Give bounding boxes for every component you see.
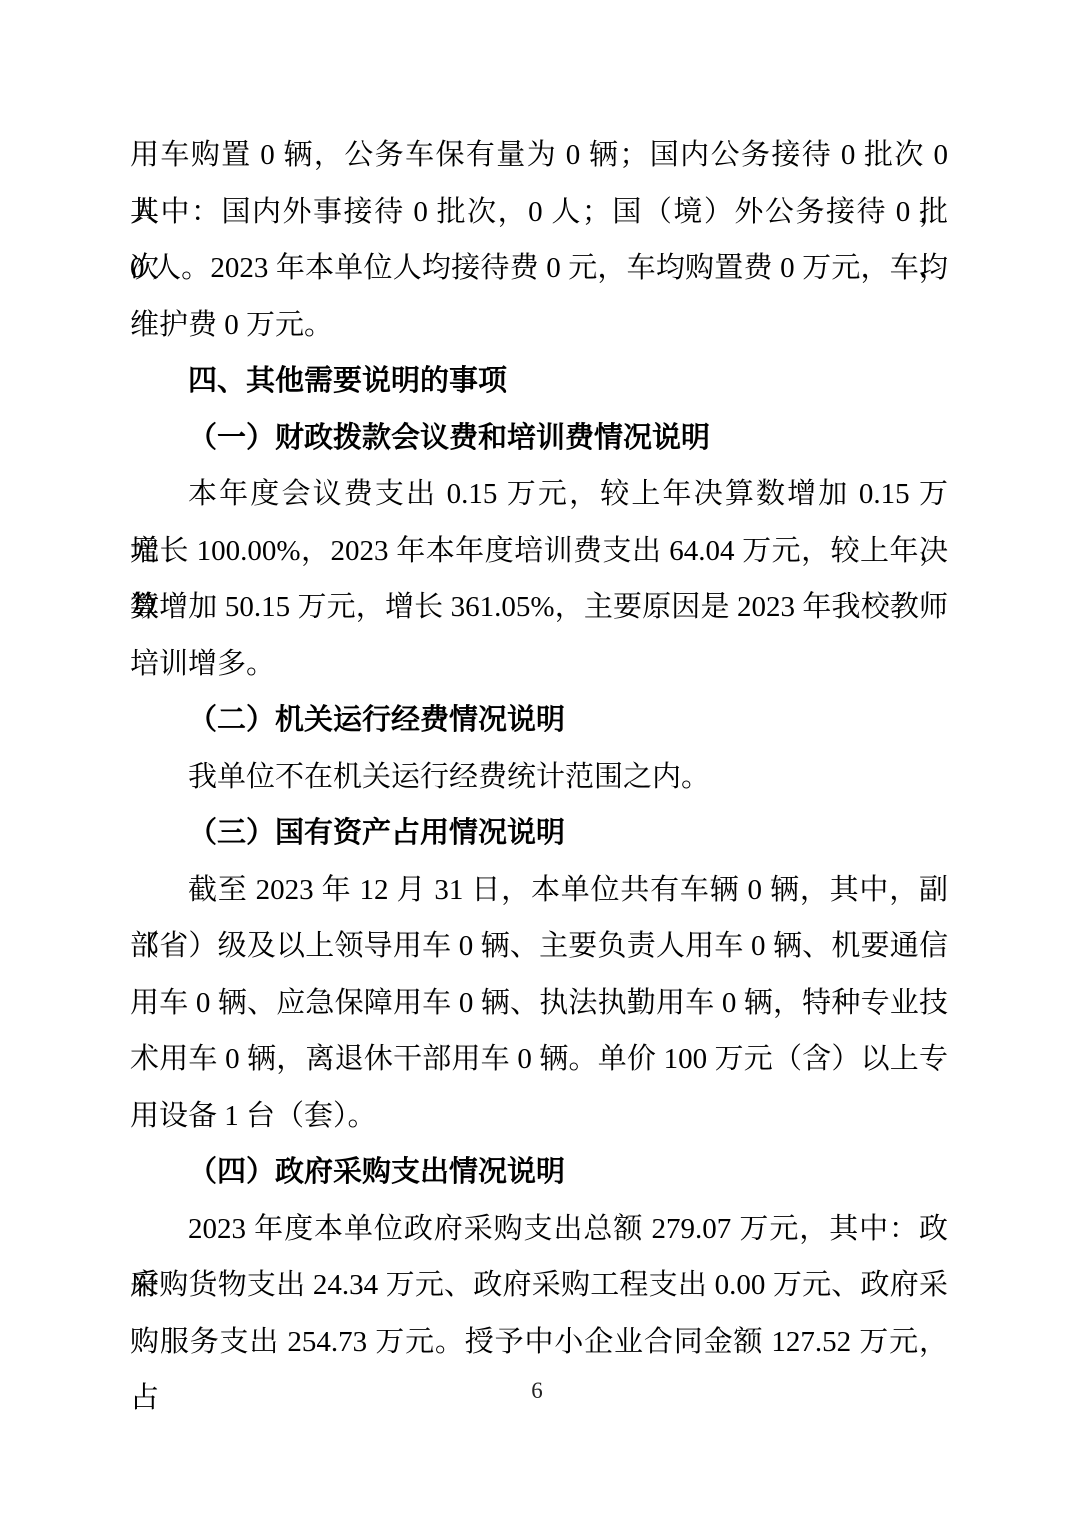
page-content: 用车购置 0 辆，公务车保有量为 0 辆；国内公务接待 0 批次 0 人， 其中…	[130, 127, 948, 1370]
page-number: 6	[531, 1378, 543, 1403]
paragraph-line: 我单位不在机关运行经费统计范围之内。	[130, 749, 948, 806]
paragraph-line: 增长 100.00%，2023 年本年度培训费支出 64.04 万元，较上年决算	[130, 523, 948, 580]
paragraph-line: 其中：国内外事接待 0 批次，0 人；国（境）外公务接待 0 批次，	[130, 184, 948, 241]
section-heading: 四、其他需要说明的事项	[130, 353, 948, 410]
paragraph-line: 数增加 50.15 万元，增长 361.05%，主要原因是 2023 年我校教师	[130, 579, 948, 636]
paragraph-line: 用车购置 0 辆，公务车保有量为 0 辆；国内公务接待 0 批次 0 人，	[130, 127, 948, 184]
paragraph-line: （省）级及以上领导用车 0 辆、主要负责人用车 0 辆、机要通信	[130, 918, 948, 975]
paragraph-line: 0 人。2023 年本单位人均接待费 0 元，车均购置费 0 万元，车均	[130, 240, 948, 297]
paragraph-line: 术用车 0 辆，离退休干部用车 0 辆。单价 100 万元（含）以上专	[130, 1031, 948, 1088]
subsection-heading: （三）国有资产占用情况说明	[130, 805, 948, 862]
subsection-heading: （四）政府采购支出情况说明	[130, 1144, 948, 1201]
subsection-heading: （一）财政拨款会议费和培训费情况说明	[130, 410, 948, 467]
paragraph-line: 培训增多。	[130, 636, 948, 693]
paragraph-line: 维护费 0 万元。	[130, 297, 948, 354]
paragraph-line: 用设备 1 台（套）。	[130, 1088, 948, 1145]
paragraph-line: 截至 2023 年 12 月 31 日，本单位共有车辆 0 辆，其中，副部	[130, 862, 948, 919]
paragraph-line: 购服务支出 254.73 万元。授予中小企业合同金额 127.52 万元，占	[130, 1314, 948, 1371]
paragraph-line: 用车 0 辆、应急保障用车 0 辆、执法执勤用车 0 辆，特种专业技	[130, 975, 948, 1032]
page-footer: 6	[0, 1378, 1074, 1404]
paragraph-line: 采购货物支出 24.34 万元、政府采购工程支出 0.00 万元、政府采	[130, 1257, 948, 1314]
paragraph-line: 2023 年度本单位政府采购支出总额 279.07 万元，其中：政府	[130, 1201, 948, 1258]
subsection-heading: （二）机关运行经费情况说明	[130, 692, 948, 749]
document-page: 用车购置 0 辆，公务车保有量为 0 辆；国内公务接待 0 批次 0 人， 其中…	[0, 0, 1074, 1520]
paragraph-line: 本年度会议费支出 0.15 万元，较上年决算数增加 0.15 万元，	[130, 466, 948, 523]
